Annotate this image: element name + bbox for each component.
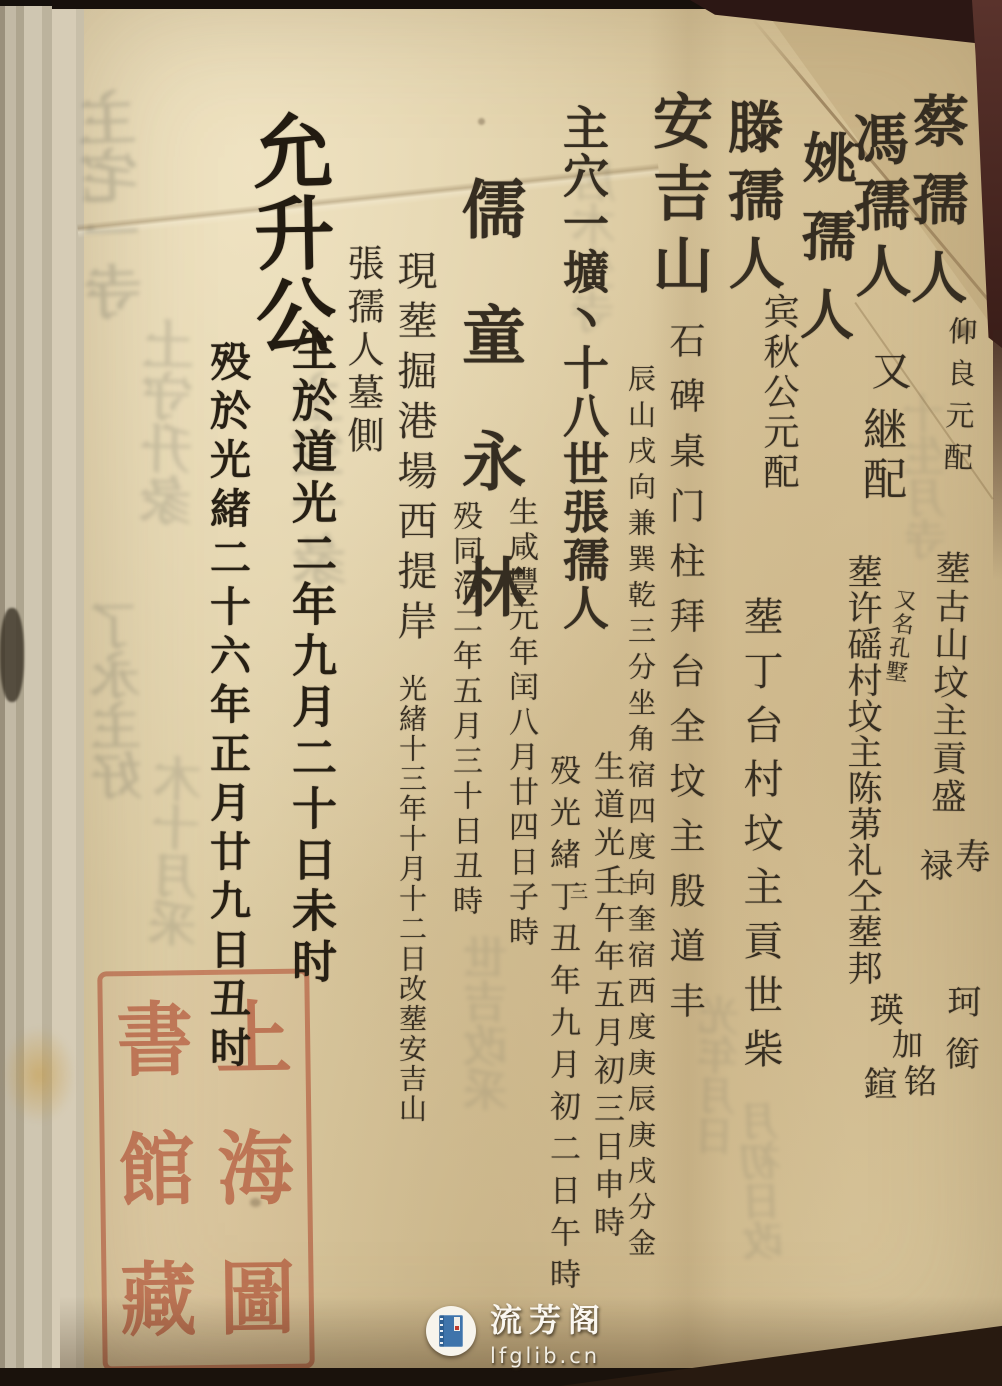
record-yonglin-rebury: 光緒十三年十月十二日改塟安吉山 xyxy=(397,674,425,1124)
seal-character: 藏 xyxy=(119,1238,197,1364)
record-feng-name-xuan: 鍹 xyxy=(860,1066,894,1100)
page-right-edge-line xyxy=(993,330,1002,580)
bleedthrough-text: 土守升彖 xyxy=(144,318,200,527)
record-feng-note-burial: 塟许磘村坟主陈苐礼仝塟邦 xyxy=(844,554,879,986)
record-anjishan-title: 安吉山 xyxy=(648,90,708,306)
book-title-slip xyxy=(454,1317,460,1331)
record-feng-name-ying: 瑛 xyxy=(866,992,900,1026)
record-cai-name-lu: 禄 xyxy=(918,848,951,881)
bleedthrough-text: 世吉改采 xyxy=(468,935,512,1111)
record-yao-title: 姚孺人 xyxy=(796,130,854,365)
record-feng-name-jia: 加 xyxy=(888,1028,919,1059)
watermark-site-url: lfglib.cn xyxy=(490,1344,607,1368)
seal-character: 圖 xyxy=(218,1236,296,1362)
paper-speck xyxy=(478,118,485,125)
manuscript-scan: 主宅一寺土守升彖了永主好木十月采主空一彖居木生寺月初日改世吉改采光年月日十生月寺… xyxy=(0,0,1002,1386)
record-teng-note-burial: 塟丁台村坟主貢世柴 xyxy=(740,596,780,1082)
seal-character: 海 xyxy=(217,1106,295,1232)
record-feng-name-ke: 珂 xyxy=(944,984,978,1018)
record-teng-note-spouse: 宾秋公元配 xyxy=(760,293,796,493)
record-cai-title: 蔡孺人 xyxy=(907,92,965,326)
watermark-site-name: 流芳阁 xyxy=(490,1295,607,1341)
record-yunsheng-title: 允升公 xyxy=(246,109,330,356)
record-zhang-death: 殁光緒丁丑年九月初二日午時 xyxy=(546,754,577,1300)
record-feng-name-xian: 銜 xyxy=(942,1036,976,1070)
bleedthrough-text: 了永主好 xyxy=(92,600,145,801)
bleedthrough-text: 主宅一寺 xyxy=(82,87,148,321)
record-yunsheng-birth: 生於道光二年九月二十日未时 xyxy=(288,326,333,989)
record-feng-jipei: 継配 xyxy=(858,406,902,506)
record-yunsheng-death: 殁於光緒二十六年正月廿九日丑时 xyxy=(206,340,247,1075)
watermark-badge xyxy=(426,1306,476,1356)
correction-mark-two: 二 xyxy=(618,878,636,896)
record-zhang-birth: 生道光壬午年五月初三日申時 xyxy=(590,750,621,1244)
record-teng-title: 滕孺人 xyxy=(723,98,781,302)
record-geomancy-note: 辰山戌向兼巽乾三分坐角宿四度向奎宿西度庚辰庚戌分金 xyxy=(626,364,654,1264)
bleedthrough-text: 月初日改 xyxy=(741,1099,787,1260)
record-feng-you: 又 xyxy=(868,350,908,390)
site-watermark: 流芳阁 lfglib.cn xyxy=(398,1288,668,1374)
record-cai-name-shou: 寿 xyxy=(952,838,987,873)
bleedthrough-text: 木十月采 xyxy=(152,754,207,948)
record-zhang-tomb-side: 張孺人墓側 xyxy=(344,244,381,459)
record-cai-note-burial: 塟古山坟主貢盛 xyxy=(928,550,968,817)
seal-character: 館 xyxy=(118,1108,196,1234)
record-cai-note-spouse: 仰良元配 xyxy=(941,316,976,485)
ink-smudge xyxy=(0,608,24,702)
record-main-grave-title: 主穴一壙丶十八世張孺人 xyxy=(560,104,606,632)
record-anjishan-note: 石碑桌门柱拜台全坟主殷道丰 xyxy=(666,322,702,1037)
record-yonglin-death: 殁同治二年五月三十日丑時 xyxy=(449,500,479,920)
seal-character: 書 xyxy=(116,978,194,1104)
watermark-text: 流芳阁 lfglib.cn xyxy=(490,1295,607,1368)
record-current-burial: 現塟掘港場西提岸 xyxy=(394,250,434,650)
record-feng-name-ming: 铭 xyxy=(902,1064,935,1097)
book-icon xyxy=(439,1315,463,1347)
paper-stain xyxy=(2,1026,76,1124)
record-yonglin-birth: 生咸豐元年闰八月廿四日子時 xyxy=(505,496,535,951)
seal-column: 書館藏 xyxy=(116,981,197,1360)
